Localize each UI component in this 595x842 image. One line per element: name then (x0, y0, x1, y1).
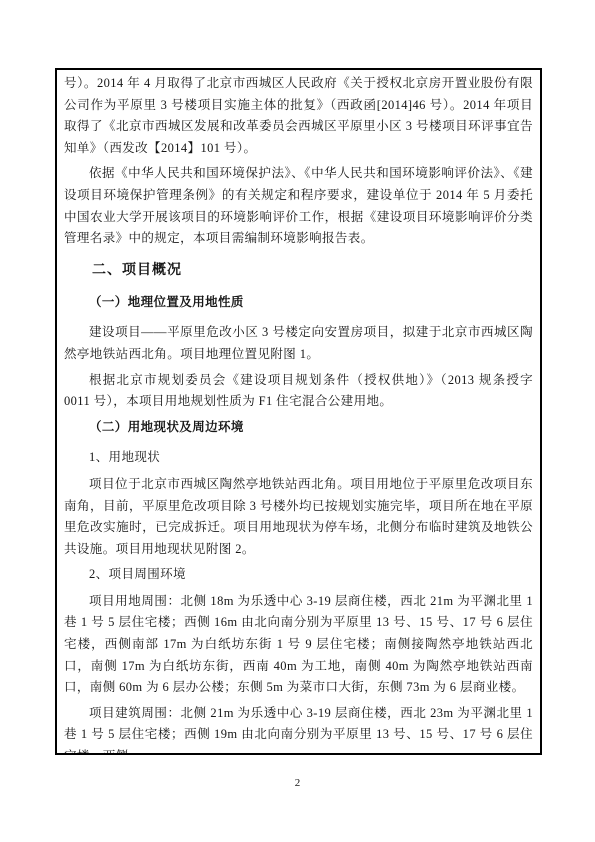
item-heading-land-status: 1、用地现状 (64, 447, 533, 469)
paragraph-land-planning-nature: 根据北京市规划委员会《建设项目规划条件（授权供地）》（2013 规条授字 001… (64, 370, 533, 413)
section-heading-project-overview: 二、项目概况 (64, 259, 533, 279)
subsection-heading-surroundings: （二）用地现状及周边环境 (64, 417, 533, 439)
paragraph-land-status: 项目位于北京市西城区陶然亭地铁站西北角。项目用地位于平原里危改项目东南角，目前，… (64, 474, 533, 560)
paragraph-building-surroundings: 项目建筑周围：北侧 21m 为乐透中心 3-19 层商住楼，西北 23m 为平渊… (64, 703, 533, 755)
subsection-heading-location: （一）地理位置及用地性质 (64, 292, 533, 314)
document-page: 号）。2014 年 4 月取得了北京市西城区人民政府《关于授权北京房开置业股份有… (0, 0, 595, 842)
content-frame: 号）。2014 年 4 月取得了北京市西城区人民政府《关于授权北京房开置业股份有… (55, 68, 542, 755)
paragraph-project-location: 建设项目——平原里危改小区 3 号楼定向安置房项目，拟建于北京市西城区陶然亭地铁… (64, 322, 533, 365)
paragraph-approval-history: 号）。2014 年 4 月取得了北京市西城区人民政府《关于授权北京房开置业股份有… (64, 73, 533, 159)
page-number: 2 (0, 777, 595, 789)
paragraph-site-surroundings: 项目用地周围：北侧 18m 为乐透中心 3-19 层商住楼，西北 21m 为平渊… (64, 591, 533, 699)
paragraph-eia-basis: 依据《中华人民共和国环境保护法》、《中华人民共和国环境影响评价法》、《建设项目环… (64, 163, 533, 249)
item-heading-surrounding-env: 2、项目周围环境 (64, 564, 533, 586)
